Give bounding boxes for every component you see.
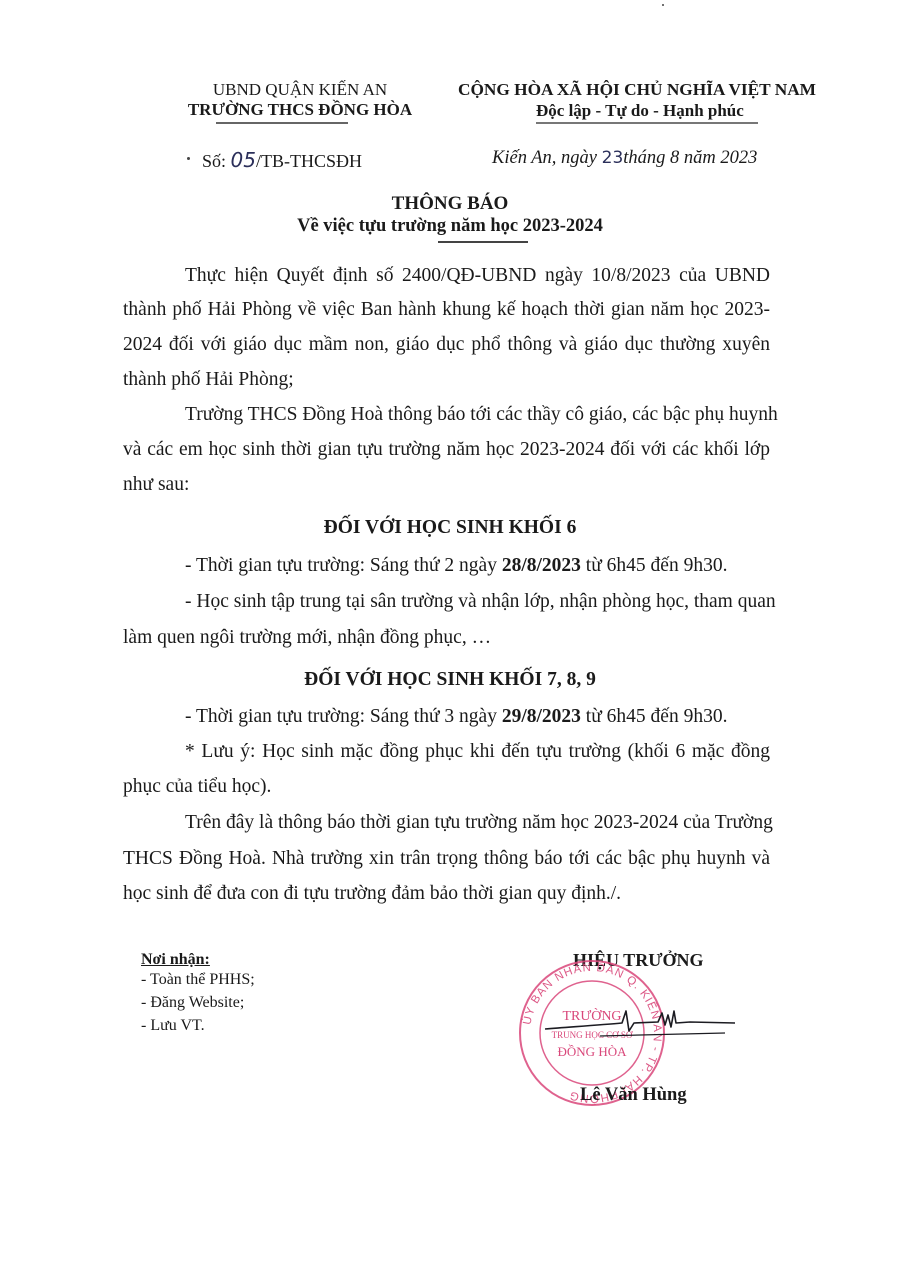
body-line: thành phố Hải Phòng; — [123, 370, 770, 390]
school-name-underline — [216, 122, 348, 124]
school-name: TRƯỜNG THCS ĐỒNG HÒA — [150, 100, 450, 120]
issuing-authority: UBND QUẬN KIẾN AN — [150, 80, 450, 100]
signatory-name: Lê Văn Hùng — [580, 1085, 687, 1106]
document-number-handwritten: 05 — [231, 148, 256, 172]
document-date: Kiến An, ngày 23tháng 8 năm 2023 — [492, 148, 757, 169]
body-line: Trường THCS Đồng Hoà thông báo tới các t… — [185, 405, 770, 425]
date-prefix: Kiến An, ngày — [492, 148, 602, 168]
body-line: làm quen ngôi trường mới, nhận đồng phục… — [123, 628, 770, 648]
arrival-time-prefix: - Thời gian tựu trường: Sáng thứ 3 ngày — [185, 706, 502, 727]
body-line: - Học sinh tập trung tại sân trường và n… — [185, 592, 770, 612]
recipient-item: - Đăng Website; — [141, 994, 244, 1012]
document-number-prefix: Số: — [202, 151, 231, 171]
document-number: Số: 05/TB-THCSĐH — [202, 148, 362, 172]
svg-text:ĐỒNG HÒA: ĐỒNG HÒA — [558, 1044, 628, 1059]
recipient-item: - Toàn thể PHHS; — [141, 971, 255, 989]
arrival-time-suffix: từ 6h45 đến 9h30. — [581, 555, 728, 576]
body-line: THCS Đồng Hoà. Nhà trường xin trân trọng… — [123, 849, 770, 869]
grade-6-arrival-time: - Thời gian tựu trường: Sáng thứ 2 ngày … — [185, 556, 770, 576]
motto-underline — [536, 122, 758, 124]
nation-title: CỘNG HÒA XÃ HỘI CHỦ NGHĨA VIỆT NAM — [458, 80, 816, 100]
grade-7-8-9-arrival-time: - Thời gian tựu trường: Sáng thứ 3 ngày … — [185, 707, 770, 727]
body-line: như sau: — [123, 475, 770, 495]
date-suffix: tháng 8 năm 2023 — [623, 148, 757, 168]
recipients-label: Nơi nhận: — [141, 951, 210, 969]
body-line: Thực hiện Quyết định số 2400/QĐ-UBND ngà… — [185, 266, 770, 286]
scan-speck — [187, 157, 190, 160]
document-number-suffix: /TB-THCSĐH — [256, 151, 362, 171]
recipient-item: - Lưu VT. — [141, 1017, 205, 1035]
body-line: Trên đây là thông báo thời gian tựu trườ… — [185, 813, 770, 833]
arrival-date: 28/8/2023 — [502, 555, 581, 576]
arrival-date: 29/8/2023 — [502, 706, 581, 727]
section-heading-grade-7-8-9: ĐỐI VỚI HỌC SINH KHỐI 7, 8, 9 — [0, 669, 900, 691]
body-line: * Lưu ý: Học sinh mặc đồng phục khi đến … — [185, 742, 770, 762]
notice-subtitle: Về việc tựu trường năm học 2023-2024 — [0, 216, 900, 237]
arrival-time-prefix: - Thời gian tựu trường: Sáng thứ 2 ngày — [185, 555, 502, 576]
body-line: thành phố Hải Phòng về việc Ban hành khu… — [123, 300, 770, 320]
body-line: học sinh để đưa con đi tựu trường đảm bả… — [123, 884, 770, 904]
notice-title: THÔNG BÁO — [0, 193, 900, 215]
arrival-time-suffix: từ 6h45 đến 9h30. — [581, 706, 728, 727]
body-line: và các em học sinh thời gian tựu trường … — [123, 440, 770, 460]
date-day-handwritten: 23 — [602, 148, 624, 168]
national-motto: Độc lập - Tự do - Hạnh phúc — [536, 101, 744, 121]
subtitle-underline — [438, 241, 528, 243]
body-line: 2024 đối với giáo dục mầm non, giáo dục … — [123, 335, 770, 355]
handwritten-signature — [540, 1005, 740, 1045]
body-line: phục của tiểu học). — [123, 777, 770, 797]
section-heading-grade-6: ĐỐI VỚI HỌC SINH KHỐI 6 — [0, 517, 900, 539]
scan-speck — [662, 4, 664, 6]
